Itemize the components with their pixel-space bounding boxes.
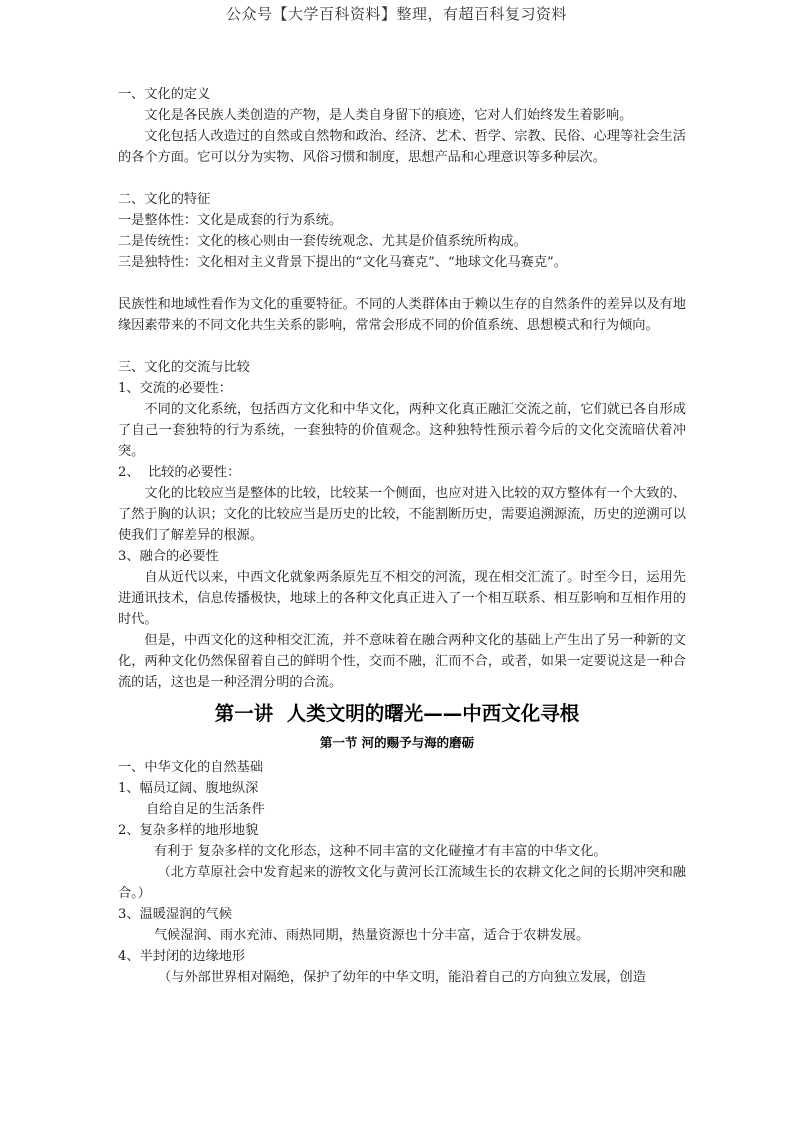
spacer: [118, 168, 686, 189]
subheading: 4、半封闭的边缘地形: [118, 946, 686, 967]
list-item: 三是独特性：文化相对主义背景下提出的“文化马赛克”、“地球文化马赛克”。: [118, 252, 686, 273]
document-page: 一、文化的定义 文化是各民族人类创造的产物，是人类自身留下的痕迹，它对人们始终发…: [118, 84, 686, 988]
item-text: 气候湿润、雨水充沛、雨热同期，热量资源也十分丰富，适合于农耕发展。: [118, 925, 686, 946]
lecture-title: 第一讲 人类文明的曙光——中西文化寻根: [108, 699, 686, 729]
spacer: [118, 336, 686, 357]
list-item: 二是传统性：文化的核心则由一套传统观念、尤其是价值系统所构成。: [118, 231, 686, 252]
paragraph: 但是，中西文化的这种相交汇流，并不意味着在融合两种文化的基础上产生出了另一种新的…: [118, 630, 686, 693]
section-heading-definition: 一、文化的定义: [118, 84, 686, 105]
subheading: 1、交流的必要性：: [118, 378, 686, 399]
item-text: （与外部世界相对隔绝，保护了幼年的中华文明，能沿着自己的方向独立发展，创造: [118, 967, 686, 988]
paragraph: 文化的比较应当是整体的比较，比较某一个侧面，也应对进入比较的双方整体有一个大致的…: [118, 483, 686, 546]
paragraph: 不同的文化系统，包括西方文化和中华文化，两种文化真正融汇交流之前，它们就已各自形…: [118, 399, 686, 462]
subheading: 2、 比较的必要性：: [118, 462, 686, 483]
list-item: 一是整体性：文化是成套的行为系统。: [118, 210, 686, 231]
paragraph: 自从近代以来，中西文化就象两条原先互不相交的河流，现在相交汇流了。时至今日，运用…: [118, 567, 686, 630]
subheading: 2、复杂多样的地形地貌: [118, 820, 686, 841]
subheading: 3、温暖湿润的气候: [118, 904, 686, 925]
paragraph: 文化包括人改造过的自然或自然物和政治、经济、艺术、哲学、宗教、民俗、心理等社会生…: [118, 126, 686, 168]
paragraph: 文化是各民族人类创造的产物，是人类自身留下的痕迹，它对人们始终发生着影响。: [118, 105, 686, 126]
item-text: 有利于 复杂多样的文化形态，这种不同丰富的文化碰撞才有丰富的中华文化。: [118, 841, 686, 862]
section-heading-characteristics: 二、文化的特征: [118, 189, 686, 210]
section-heading-exchange: 三、文化的交流与比较: [118, 357, 686, 378]
section-title: 第一节 河的赐予与海的磨砺: [108, 731, 686, 755]
item-text: 自给自足的生活条件: [118, 799, 686, 820]
paragraph: 民族性和地域性看作为文化的重要特征。不同的人类群体由于赖以生存的自然条件的差异以…: [118, 294, 686, 336]
spacer: [118, 273, 686, 294]
page-watermark: 公众号【大学百科资料】整理，有超百科复习资料: [0, 3, 793, 24]
section-heading-natural-basis: 一、中华文化的自然基础: [118, 757, 686, 778]
item-note: （北方草原社会中发育起来的游牧文化与黄河长江流域生长的农耕文化之间的长期冲突和融…: [118, 862, 686, 904]
subheading: 1、幅员辽阔、腹地纵深: [118, 778, 686, 799]
subheading: 3、融合的必要性: [118, 546, 686, 567]
